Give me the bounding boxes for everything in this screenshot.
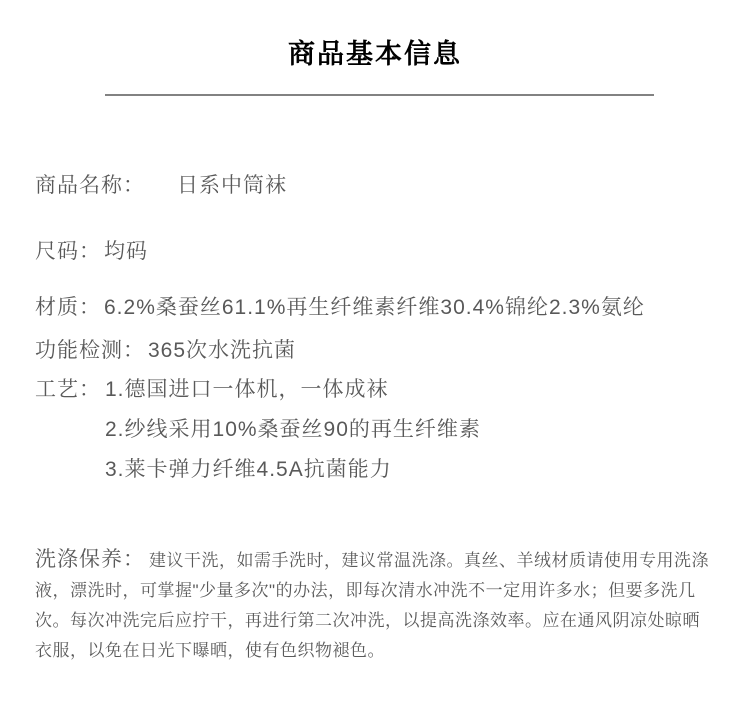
care-section: 洗涤保养：建议干洗，如需手洗时，建议常温洗涤。真丝、羊绒材质请使用专用洗涤液，漂… (35, 545, 715, 666)
material-value: 6.2%桑蚕丝61.1%再生纤维素纤维30.4%锦纶2.3%氨纶 (104, 296, 645, 319)
field-row-material: 材质：6.2%桑蚕丝61.1%再生纤维素纤维30.4%锦纶2.3%氨纶 (35, 297, 645, 319)
product-info-page: 商品基本信息 商品名称：日系中筒袜 尺码：均码 材质：6.2%桑蚕丝61.1%再… (0, 0, 750, 713)
size-label: 尺码： (35, 240, 101, 263)
craft-item-3: 3.莱卡弹力纤维4.5A抗菌能力 (105, 450, 481, 490)
craft-item-2: 2.纱线采用10%桑蚕丝90的再生纤维素 (105, 410, 481, 450)
title-divider (105, 94, 654, 96)
material-label: 材质： (35, 296, 101, 319)
field-row-size: 尺码：均码 (35, 241, 148, 263)
function-test-value: 365次水洗抗菌 (148, 339, 296, 362)
field-row-product-name: 商品名称：日系中筒袜 (35, 175, 287, 197)
craft-section: 工艺： 1.德国进口一体机，一体成袜 2.纱线采用10%桑蚕丝90的再生纤维素 … (35, 370, 481, 490)
craft-item-1: 1.德国进口一体机，一体成袜 (105, 370, 481, 410)
craft-label: 工艺： (35, 370, 101, 410)
page-title: 商品基本信息 (0, 32, 750, 71)
field-row-function-test: 功能检测：365次水洗抗菌 (35, 340, 296, 362)
craft-items: 1.德国进口一体机，一体成袜 2.纱线采用10%桑蚕丝90的再生纤维素 3.莱卡… (105, 370, 481, 490)
function-test-label: 功能检测： (35, 339, 145, 362)
size-value: 均码 (104, 240, 148, 263)
care-label: 洗涤保养： (35, 548, 145, 571)
product-name-value: 日系中筒袜 (177, 174, 287, 197)
product-name-label: 商品名称： (35, 174, 145, 197)
